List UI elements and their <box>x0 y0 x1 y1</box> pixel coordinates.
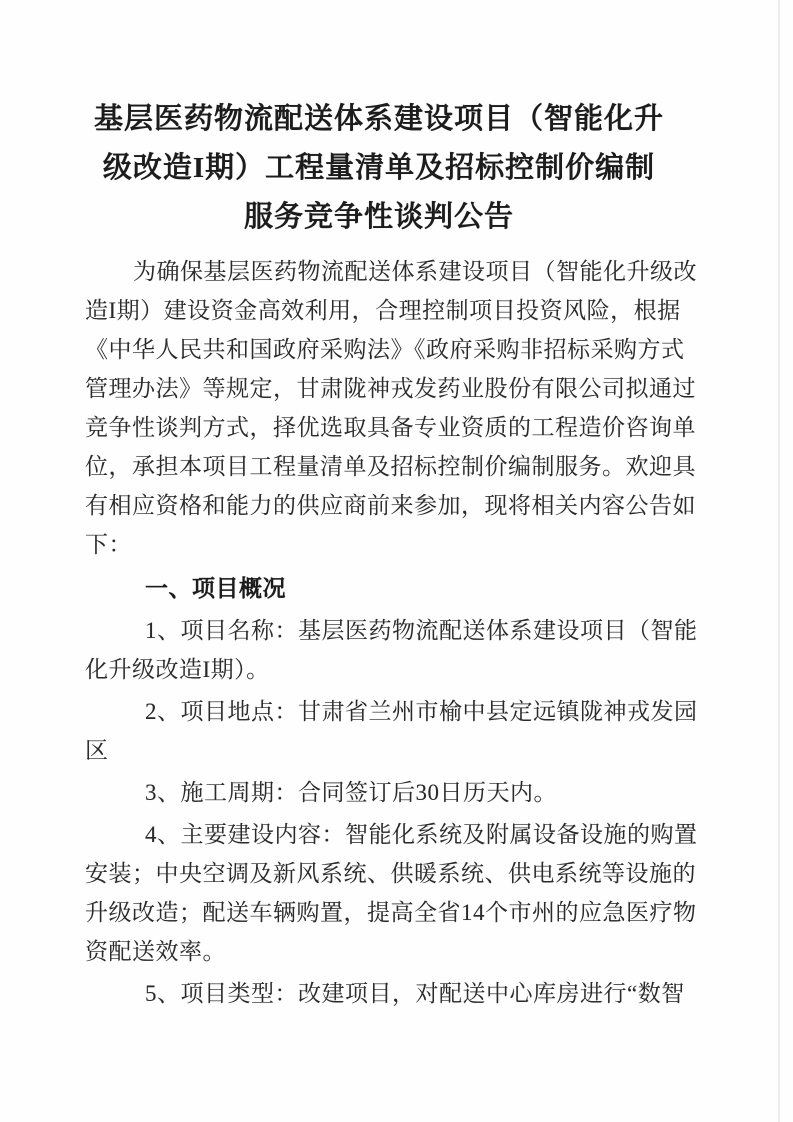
intro-paragraph-line: 竞争性谈判方式，择优选取具备专业资质的工程造价咨询单 <box>85 408 673 447</box>
project-item-line: 升级改造；配送车辆购置，提高全省14个市州的应急医疗物 <box>85 893 673 932</box>
intro-paragraph-line: 位，承担本项目工程量清单及招标控制价编制服务。欢迎具 <box>85 447 673 486</box>
project-item-paragraph: 2、项目地点：甘肃省兰州市榆中县定远镇陇神戎发园区 <box>85 692 673 770</box>
document-title-line: 服务竞争性谈判公告 <box>85 193 673 242</box>
project-item-line: 5、项目类型：改建项目，对配送中心库房进行“数智 <box>85 974 673 1013</box>
intro-paragraph-line: 有相应资格和能力的供应商前来参加，现将相关内容公告如 <box>85 486 673 525</box>
intro-paragraph-line: 下： <box>85 525 673 564</box>
project-items-list: 1、项目名称：基层医药物流配送体系建设项目（智能化升级改造I期）。2、项目地点：… <box>85 611 673 1013</box>
scanned-document-page: 基层医药物流配送体系建设项目（智能化升级改造I期）工程量清单及招标控制价编制服务… <box>0 0 793 1122</box>
document-title-line: 基层医药物流配送体系建设项目（智能化升 <box>85 95 673 144</box>
intro-paragraph-line: 《中华人民共和国政府采购法》《政府采购非招标采购方式 <box>85 330 673 369</box>
project-item-line: 区 <box>85 731 673 770</box>
project-item-line: 2、项目地点：甘肃省兰州市榆中县定远镇陇神戎发园 <box>85 692 673 731</box>
project-item-paragraph: 3、施工周期：合同签订后30日历天内。 <box>85 773 673 812</box>
document-title-line: 级改造I期）工程量清单及招标控制价编制 <box>85 144 673 193</box>
project-item-paragraph: 1、项目名称：基层医药物流配送体系建设项目（智能化升级改造I期）。 <box>85 611 673 689</box>
scan-page-edge <box>778 0 780 1122</box>
intro-paragraph-line: 管理办法》等规定，甘肃陇神戎发药业股份有限公司拟通过 <box>85 369 673 408</box>
project-item-line: 3、施工周期：合同签订后30日历天内。 <box>85 773 673 812</box>
section-heading-project-overview: 一、项目概况 <box>85 569 673 608</box>
project-item-line: 资配送效率。 <box>85 932 673 971</box>
project-item-line: 化升级改造I期）。 <box>85 650 673 689</box>
project-item-paragraph: 4、主要建设内容：智能化系统及附属设备设施的购置安装；中央空调及新风系统、供暖系… <box>85 815 673 971</box>
project-item-paragraph: 5、项目类型：改建项目，对配送中心库房进行“数智 <box>85 974 673 1013</box>
intro-paragraph-line: 造I期）建设资金高效利用，合理控制项目投资风险，根据 <box>85 291 673 330</box>
intro-paragraph: 为确保基层医药物流配送体系建设项目（智能化升级改造I期）建设资金高效利用，合理控… <box>85 252 673 564</box>
project-item-line: 4、主要建设内容：智能化系统及附属设备设施的购置 <box>85 815 673 854</box>
project-item-line: 安装；中央空调及新风系统、供暖系统、供电系统等设施的 <box>85 854 673 893</box>
document-content: 基层医药物流配送体系建设项目（智能化升级改造I期）工程量清单及招标控制价编制服务… <box>85 95 673 1013</box>
document-title: 基层医药物流配送体系建设项目（智能化升级改造I期）工程量清单及招标控制价编制服务… <box>85 95 673 242</box>
intro-paragraph-line: 为确保基层医药物流配送体系建设项目（智能化升级改 <box>85 252 673 291</box>
project-item-line: 1、项目名称：基层医药物流配送体系建设项目（智能 <box>85 611 673 650</box>
